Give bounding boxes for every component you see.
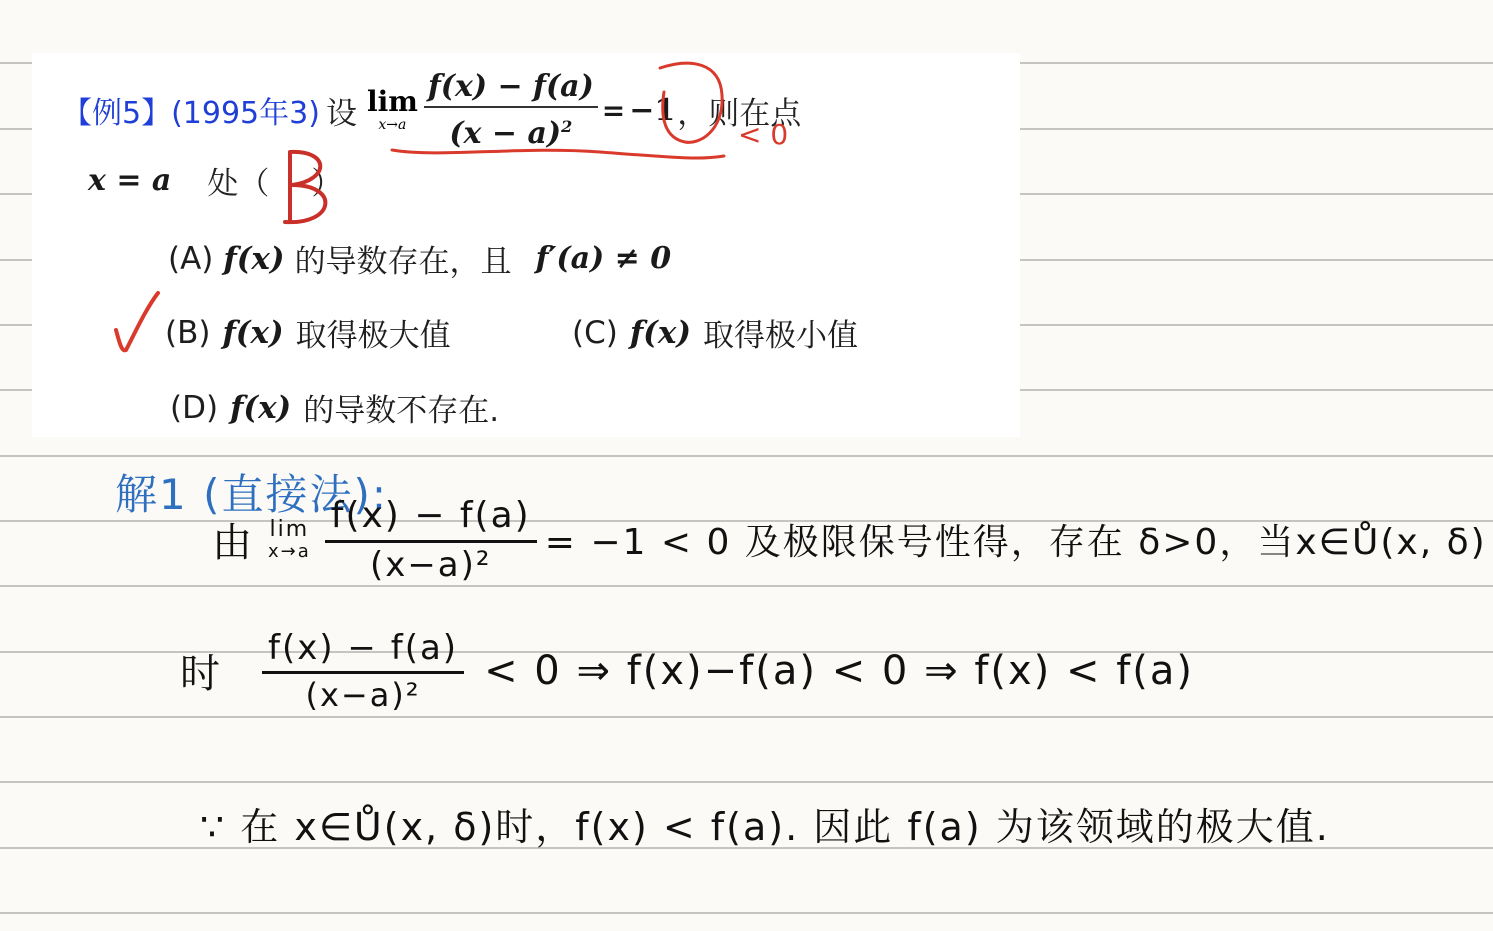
- solution-line-2: 时 f(x) − f(a) (x−a)² < 0 ⇒ f(x)−f(a) < 0…: [180, 625, 1194, 716]
- solution-line-1: 由 lim x→a f(x) − f(a) (x−a)² = −1 < 0 及极…: [212, 492, 1487, 587]
- solution-fraction-1: f(x) − f(a) (x−a)²: [325, 492, 537, 587]
- solution-line-3: ∵ 在 x∈Ů(x, δ)时，f(x) < f(a). 因此 f(a) 为该领域…: [200, 796, 1330, 851]
- solution-fraction-2: f(x) − f(a) (x−a)²: [262, 625, 464, 716]
